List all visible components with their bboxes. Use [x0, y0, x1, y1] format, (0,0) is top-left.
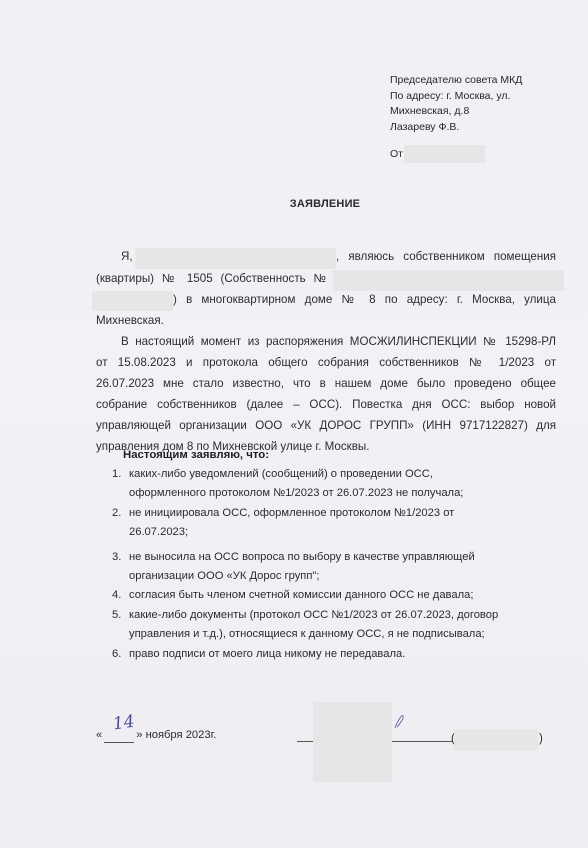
body-line: В настоящий момент из распоряжения МОСЖИ…: [121, 335, 556, 348]
declaration-item: 2. не инициировала ОСС, оформленное прот…: [112, 504, 498, 543]
addressee-line: Лазареву Ф.В.: [390, 120, 522, 136]
addressee-block: Председателю совета МКД По адресу: г. Мо…: [390, 73, 522, 135]
paren-close: ): [539, 733, 543, 745]
addressee-line: Председателю совета МКД: [390, 73, 522, 89]
signature-stroke: [392, 712, 406, 730]
declaration-list: 1. каких-либо уведомлений (сообщений) о …: [112, 465, 498, 664]
document-title: ЗАЯВЛЕНИЕ: [0, 198, 588, 210]
declaration-item: 3. не выносила на ОСС вопроса по выбору …: [112, 548, 498, 587]
redacted-applicant-name: [135, 248, 336, 269]
addressee-line: По адресу: г. Москва, ул.: [390, 89, 522, 105]
handwritten-day: 14: [112, 712, 136, 735]
declaration-heading: Настоящим заявляю, что:: [123, 449, 269, 461]
redacted-ownership-number: [333, 270, 564, 291]
declaration-item: 4. согласия быть членом счетной комиссии…: [112, 586, 498, 605]
declaration-item: 5. какие-либо документы (протокол ОСС №1…: [112, 606, 498, 645]
body-line: управляющей организации ООО «УК ДОРОС ГР…: [96, 419, 556, 432]
intro-line3: ) в многоквартирном доме № 8 по адресу: …: [173, 293, 556, 306]
body-line: 26.07.2023 мне стало известно, что в наш…: [96, 377, 556, 390]
redacted-signer-name: [454, 729, 538, 751]
declaration-item: 1. каких-либо уведомлений (сообщений) о …: [112, 465, 498, 504]
signature-line: [392, 741, 452, 742]
intro-start: Я,: [121, 250, 133, 263]
intro-line4: Михневская.: [96, 314, 164, 327]
date-underline: [104, 742, 134, 743]
intro-line2: (квартиры) № 1505 (Собственность №: [96, 272, 326, 285]
from-label: От: [390, 148, 403, 160]
body-line: собрание собственников (далее – ОСС). По…: [96, 398, 556, 411]
body-line: от 15.08.2023 и протокола общего собрани…: [96, 356, 556, 369]
document-page: Председателю совета МКД По адресу: г. Мо…: [0, 0, 588, 848]
redacted-signature: [313, 702, 392, 782]
intro-line1-end: , являюсь собственником помещения: [336, 250, 556, 263]
addressee-line: Михневская, д.8: [390, 104, 522, 120]
redacted-ownership-number-cont: [92, 291, 173, 311]
redacted-sender-name: [404, 145, 485, 163]
declaration-item: 6. право подписи от моего лица никому не…: [112, 645, 498, 664]
